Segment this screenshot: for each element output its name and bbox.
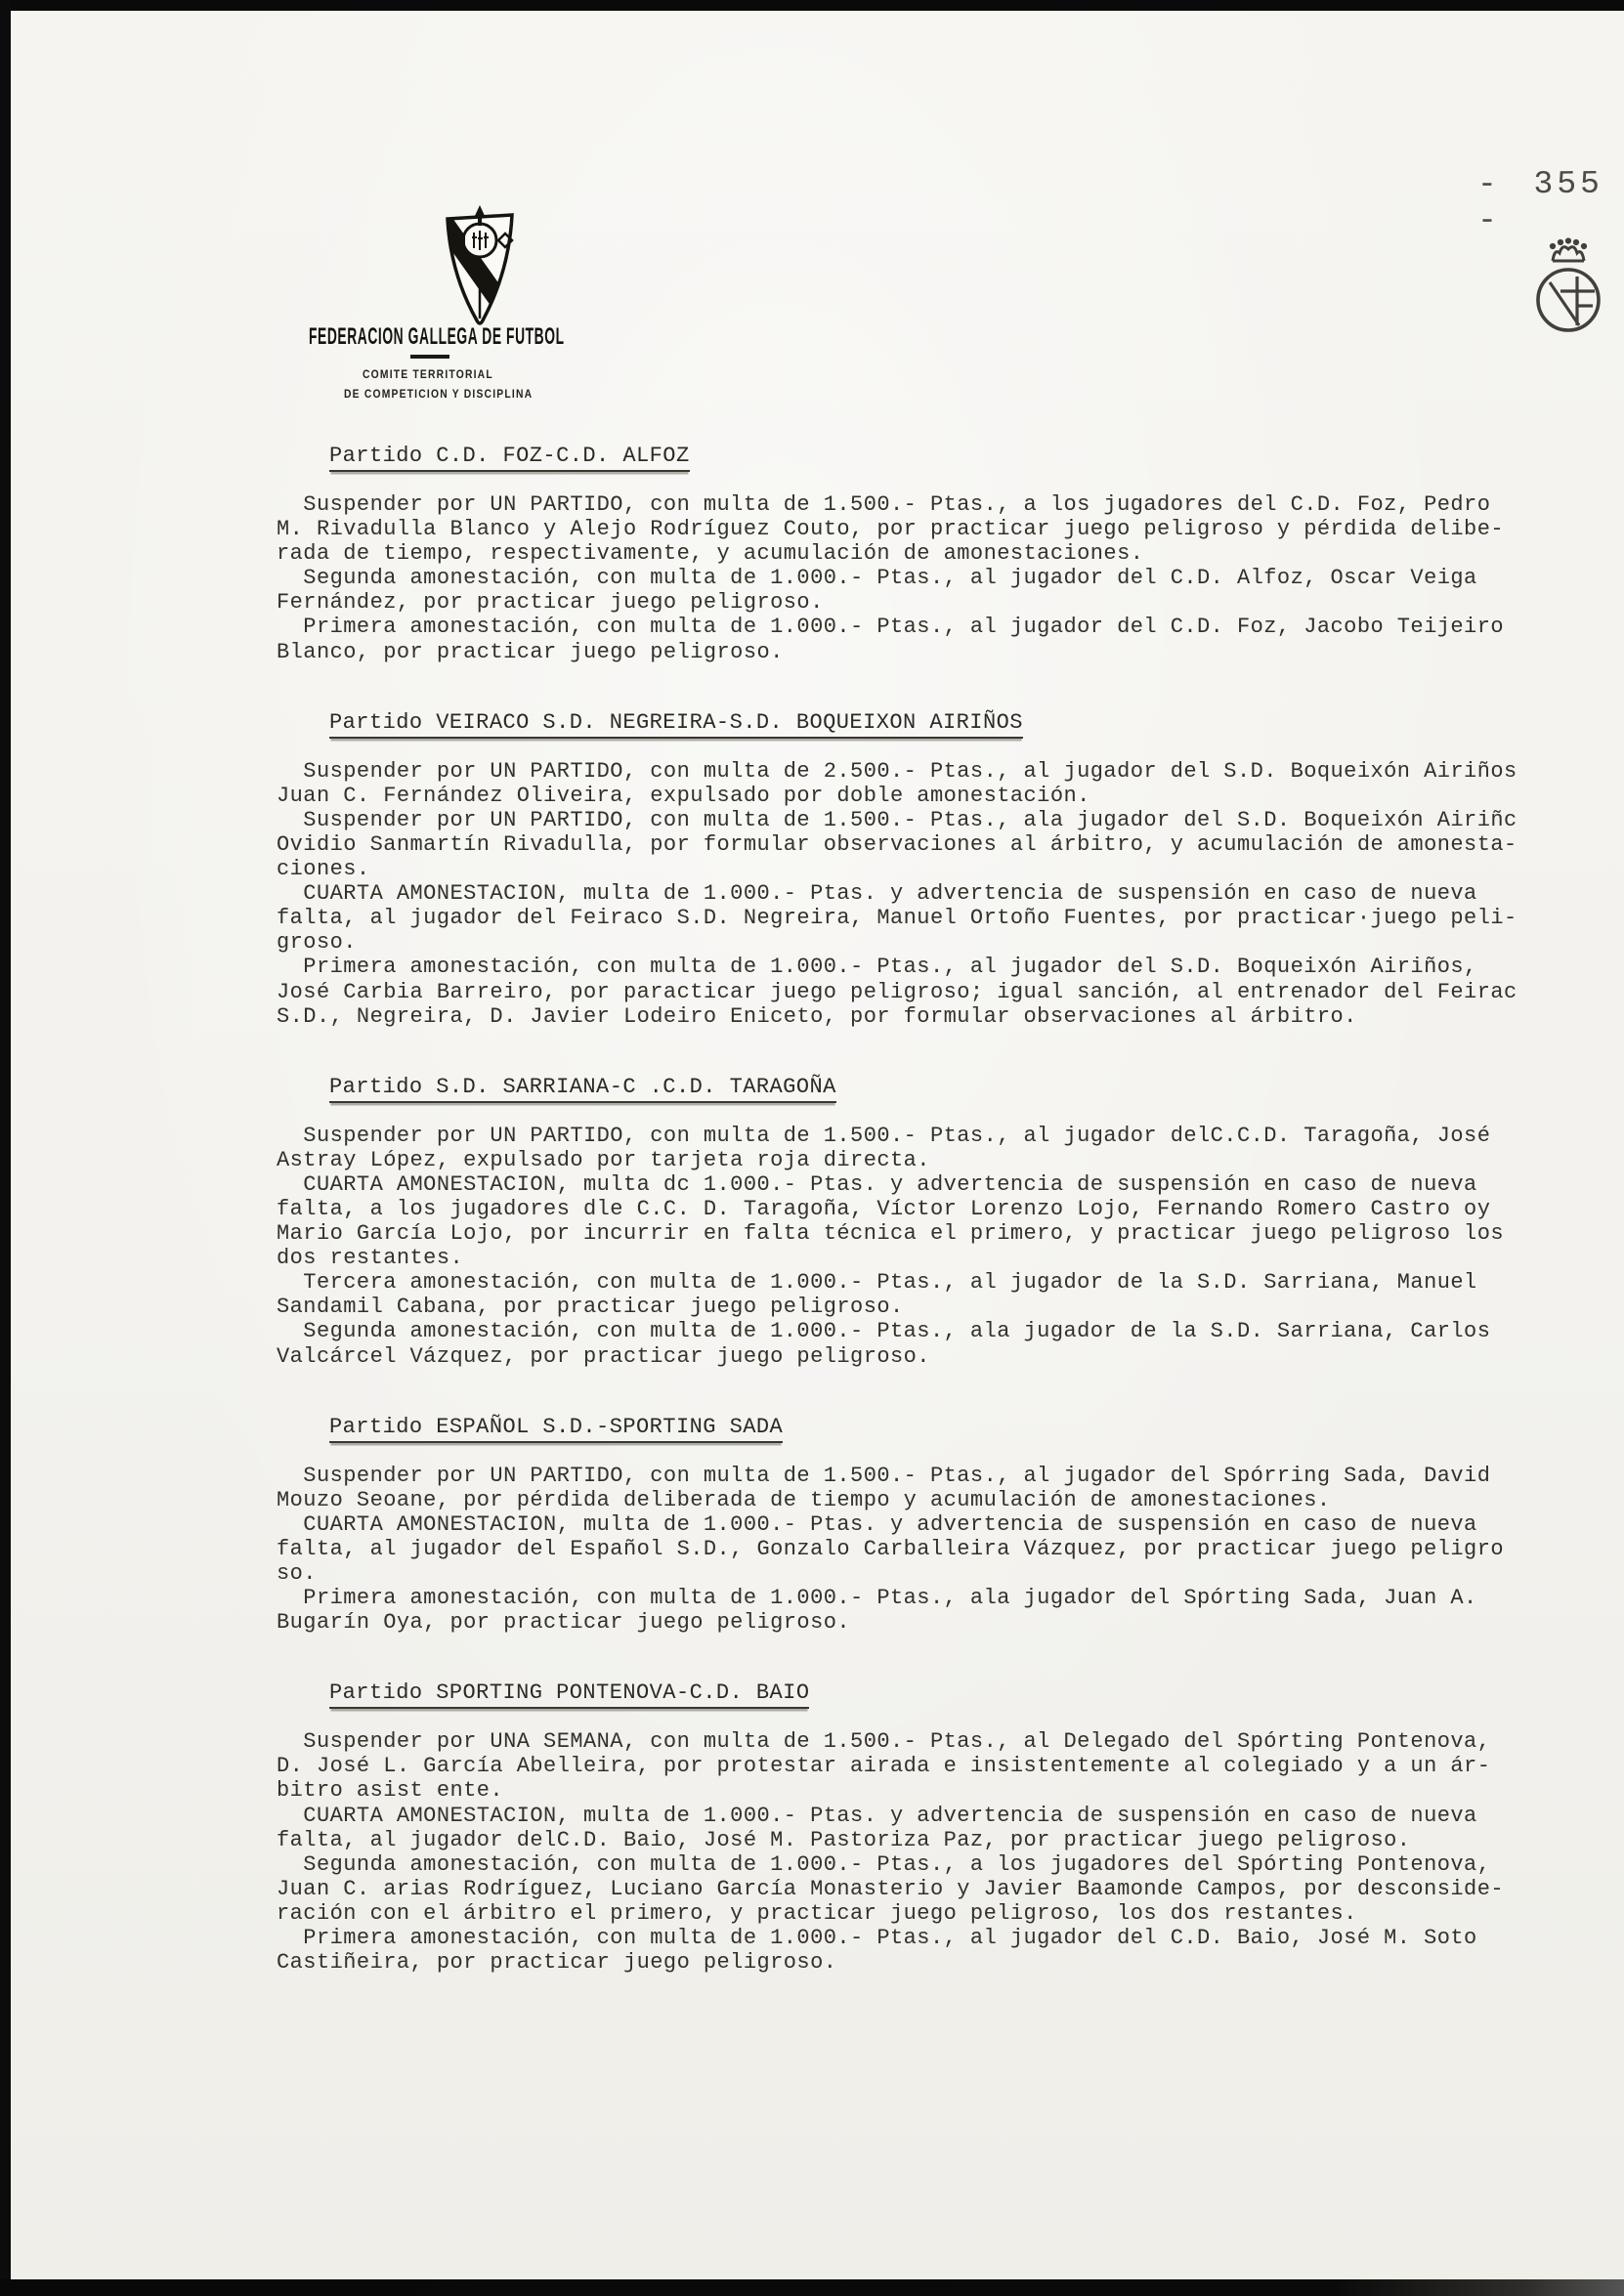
- text-line: Primera amonestación, con multa de 1.000…: [277, 955, 1539, 979]
- text-line: Suspender por UNA SEMANA, con multa de 1…: [277, 1729, 1539, 1754]
- text-line: Valcárcel Vázquez, por practicar juego p…: [277, 1344, 1539, 1369]
- text-line: bitro asist ente.: [277, 1778, 1539, 1803]
- text-line: S.D., Negreira, D. Javier Lodeiro Enicet…: [277, 1004, 1539, 1029]
- text-line: dos restantes.: [277, 1246, 1539, 1270]
- match-heading: Partido SPORTING PONTENOVA-C.D. BAIO: [329, 1679, 1539, 1708]
- sanctions-section: Partido C.D. FOZ-C.D. ALFOZ Suspender po…: [277, 442, 1539, 664]
- text-line: M. Rivadulla Blanco y Alejo Rodríguez Co…: [277, 517, 1539, 541]
- match-heading: Partido ESPAÑOL S.D.-SPORTING SADA: [329, 1413, 1539, 1442]
- text-line: Blanco, por practicar juego peligroso.: [277, 640, 1539, 664]
- text-line: rada de tiempo, respectivamente, y acumu…: [277, 541, 1539, 566]
- sanctions-section: Partido SPORTING PONTENOVA-C.D. BAIO Sus…: [277, 1679, 1539, 1975]
- text-line: Mouzo Seoane, por pérdida deliberada de …: [277, 1488, 1539, 1512]
- text-line: Astray López, expulsado por tarjeta roja…: [277, 1148, 1539, 1172]
- text-line: falta, al jugador del Feiraco S.D. Negre…: [277, 906, 1539, 930]
- text-line: Castiñeira, por practicar juego peligros…: [277, 1950, 1539, 1975]
- section-paragraphs: Suspender por UN PARTIDO, con multa de 1…: [277, 492, 1539, 664]
- text-line: Primera amonestación, con multa de 1.000…: [277, 615, 1539, 639]
- committee-line-2: DE COMPETICION Y DISCIPLINA: [344, 387, 533, 401]
- text-line: so.: [277, 1561, 1539, 1586]
- committee-line-1: COMITE TERRITORIAL: [363, 367, 493, 381]
- text-line: Tercera amonestación, con multa de 1.000…: [277, 1270, 1539, 1295]
- scan-edge-bottom: [0, 2279, 1624, 2296]
- scan-edge-left: [0, 0, 11, 2296]
- text-line: Ovidio Sanmartín Rivadulla, por formular…: [277, 832, 1539, 857]
- text-line: ración con el árbitro el primero, y prac…: [277, 1901, 1539, 1926]
- match-heading: Partido VEIRACO S.D. NEGREIRA-S.D. BOQUE…: [329, 708, 1539, 738]
- letterhead-divider: [410, 355, 449, 359]
- federation-shield-icon: [438, 203, 522, 332]
- text-line: Primera amonestación, con multa de 1.000…: [277, 1586, 1539, 1610]
- text-line: Mario García Lojo, por incurrir en falta…: [277, 1221, 1539, 1246]
- text-line: Suspender por UN PARTIDO, con multa de 1…: [277, 1124, 1539, 1148]
- text-line: José Carbia Barreiro, por paracticar jue…: [277, 980, 1539, 1004]
- text-line: Primera amonestación, con multa de 1.000…: [277, 1926, 1539, 1950]
- organization-name: FEDERACION GALLEGA DE FUTBOL: [309, 322, 565, 350]
- text-line: falta, al jugador delC.D. Baio, José M. …: [277, 1828, 1539, 1852]
- text-line: Fernández, por practicar juego peligroso…: [277, 590, 1539, 615]
- sanctions-section: Partido VEIRACO S.D. NEGREIRA-S.D. BOQUE…: [277, 708, 1539, 1029]
- text-line: CUARTA AMONESTACION, multa de 1.000.- Pt…: [277, 1804, 1539, 1828]
- sanctions-section: Partido S.D. SARRIANA-C .C.D. TARAGOÑA S…: [277, 1073, 1539, 1369]
- text-line: Suspender por UN PARTIDO, con multa de 1…: [277, 1464, 1539, 1488]
- crown-circle-emblem-icon: [1528, 237, 1608, 337]
- text-line: CUARTA AMONESTACION, multa dc 1.000.- Pt…: [277, 1172, 1539, 1197]
- section-paragraphs: Suspender por UNA SEMANA, con multa de 1…: [277, 1729, 1539, 1975]
- text-line: Suspender por UN PARTIDO, con multa de 1…: [277, 808, 1539, 832]
- scan-edge-top: [0, 0, 1624, 11]
- text-line: CUARTA AMONESTACION, multa de 1.000.- Pt…: [277, 881, 1539, 906]
- text-line: Juan C. arias Rodríguez, Luciano García …: [277, 1877, 1539, 1901]
- section-paragraphs: Suspender por UN PARTIDO, con multa de 1…: [277, 1124, 1539, 1369]
- text-line: falta, al jugador del Español S.D., Gonz…: [277, 1537, 1539, 1561]
- text-line: Bugarín Oya, por practicar juego peligro…: [277, 1610, 1539, 1635]
- text-line: Suspender por UN PARTIDO, con multa de 1…: [277, 492, 1539, 517]
- text-line: Segunda amonestación, con multa de 1.000…: [277, 1319, 1539, 1343]
- text-line: falta, a los jugadores dle C.C. D. Tarag…: [277, 1197, 1539, 1221]
- text-line: Suspender por UN PARTIDO, con multa de 2…: [277, 759, 1539, 784]
- text-line: Sandamil Cabana, por practicar juego pel…: [277, 1295, 1539, 1319]
- text-line: Segunda amonestación, con multa de 1.000…: [277, 566, 1539, 590]
- text-line: Juan C. Fernández Oliveira, expulsado po…: [277, 784, 1539, 808]
- section-paragraphs: Suspender por UN PARTIDO, con multa de 2…: [277, 759, 1539, 1029]
- text-line: ciones.: [277, 857, 1539, 881]
- document-body: Partido C.D. FOZ-C.D. ALFOZ Suspender po…: [277, 442, 1539, 1975]
- text-line: D. José L. García Abelleira, por protest…: [277, 1754, 1539, 1778]
- section-paragraphs: Suspender por UN PARTIDO, con multa de 1…: [277, 1464, 1539, 1636]
- text-line: CUARTA AMONESTACION, multa de 1.000.- Pt…: [277, 1512, 1539, 1537]
- scanned-document-page: - 355 - FEDERACION GALLEGA DE FUTBOL COM…: [0, 0, 1624, 2296]
- text-line: Segunda amonestación, con multa de 1.000…: [277, 1852, 1539, 1877]
- match-heading: Partido C.D. FOZ-C.D. ALFOZ: [329, 442, 1539, 471]
- page-number: - 355 -: [1477, 166, 1624, 239]
- sanctions-section: Partido ESPAÑOL S.D.-SPORTING SADA Suspe…: [277, 1413, 1539, 1636]
- match-heading: Partido S.D. SARRIANA-C .C.D. TARAGOÑA: [329, 1073, 1539, 1102]
- text-line: groso.: [277, 930, 1539, 955]
